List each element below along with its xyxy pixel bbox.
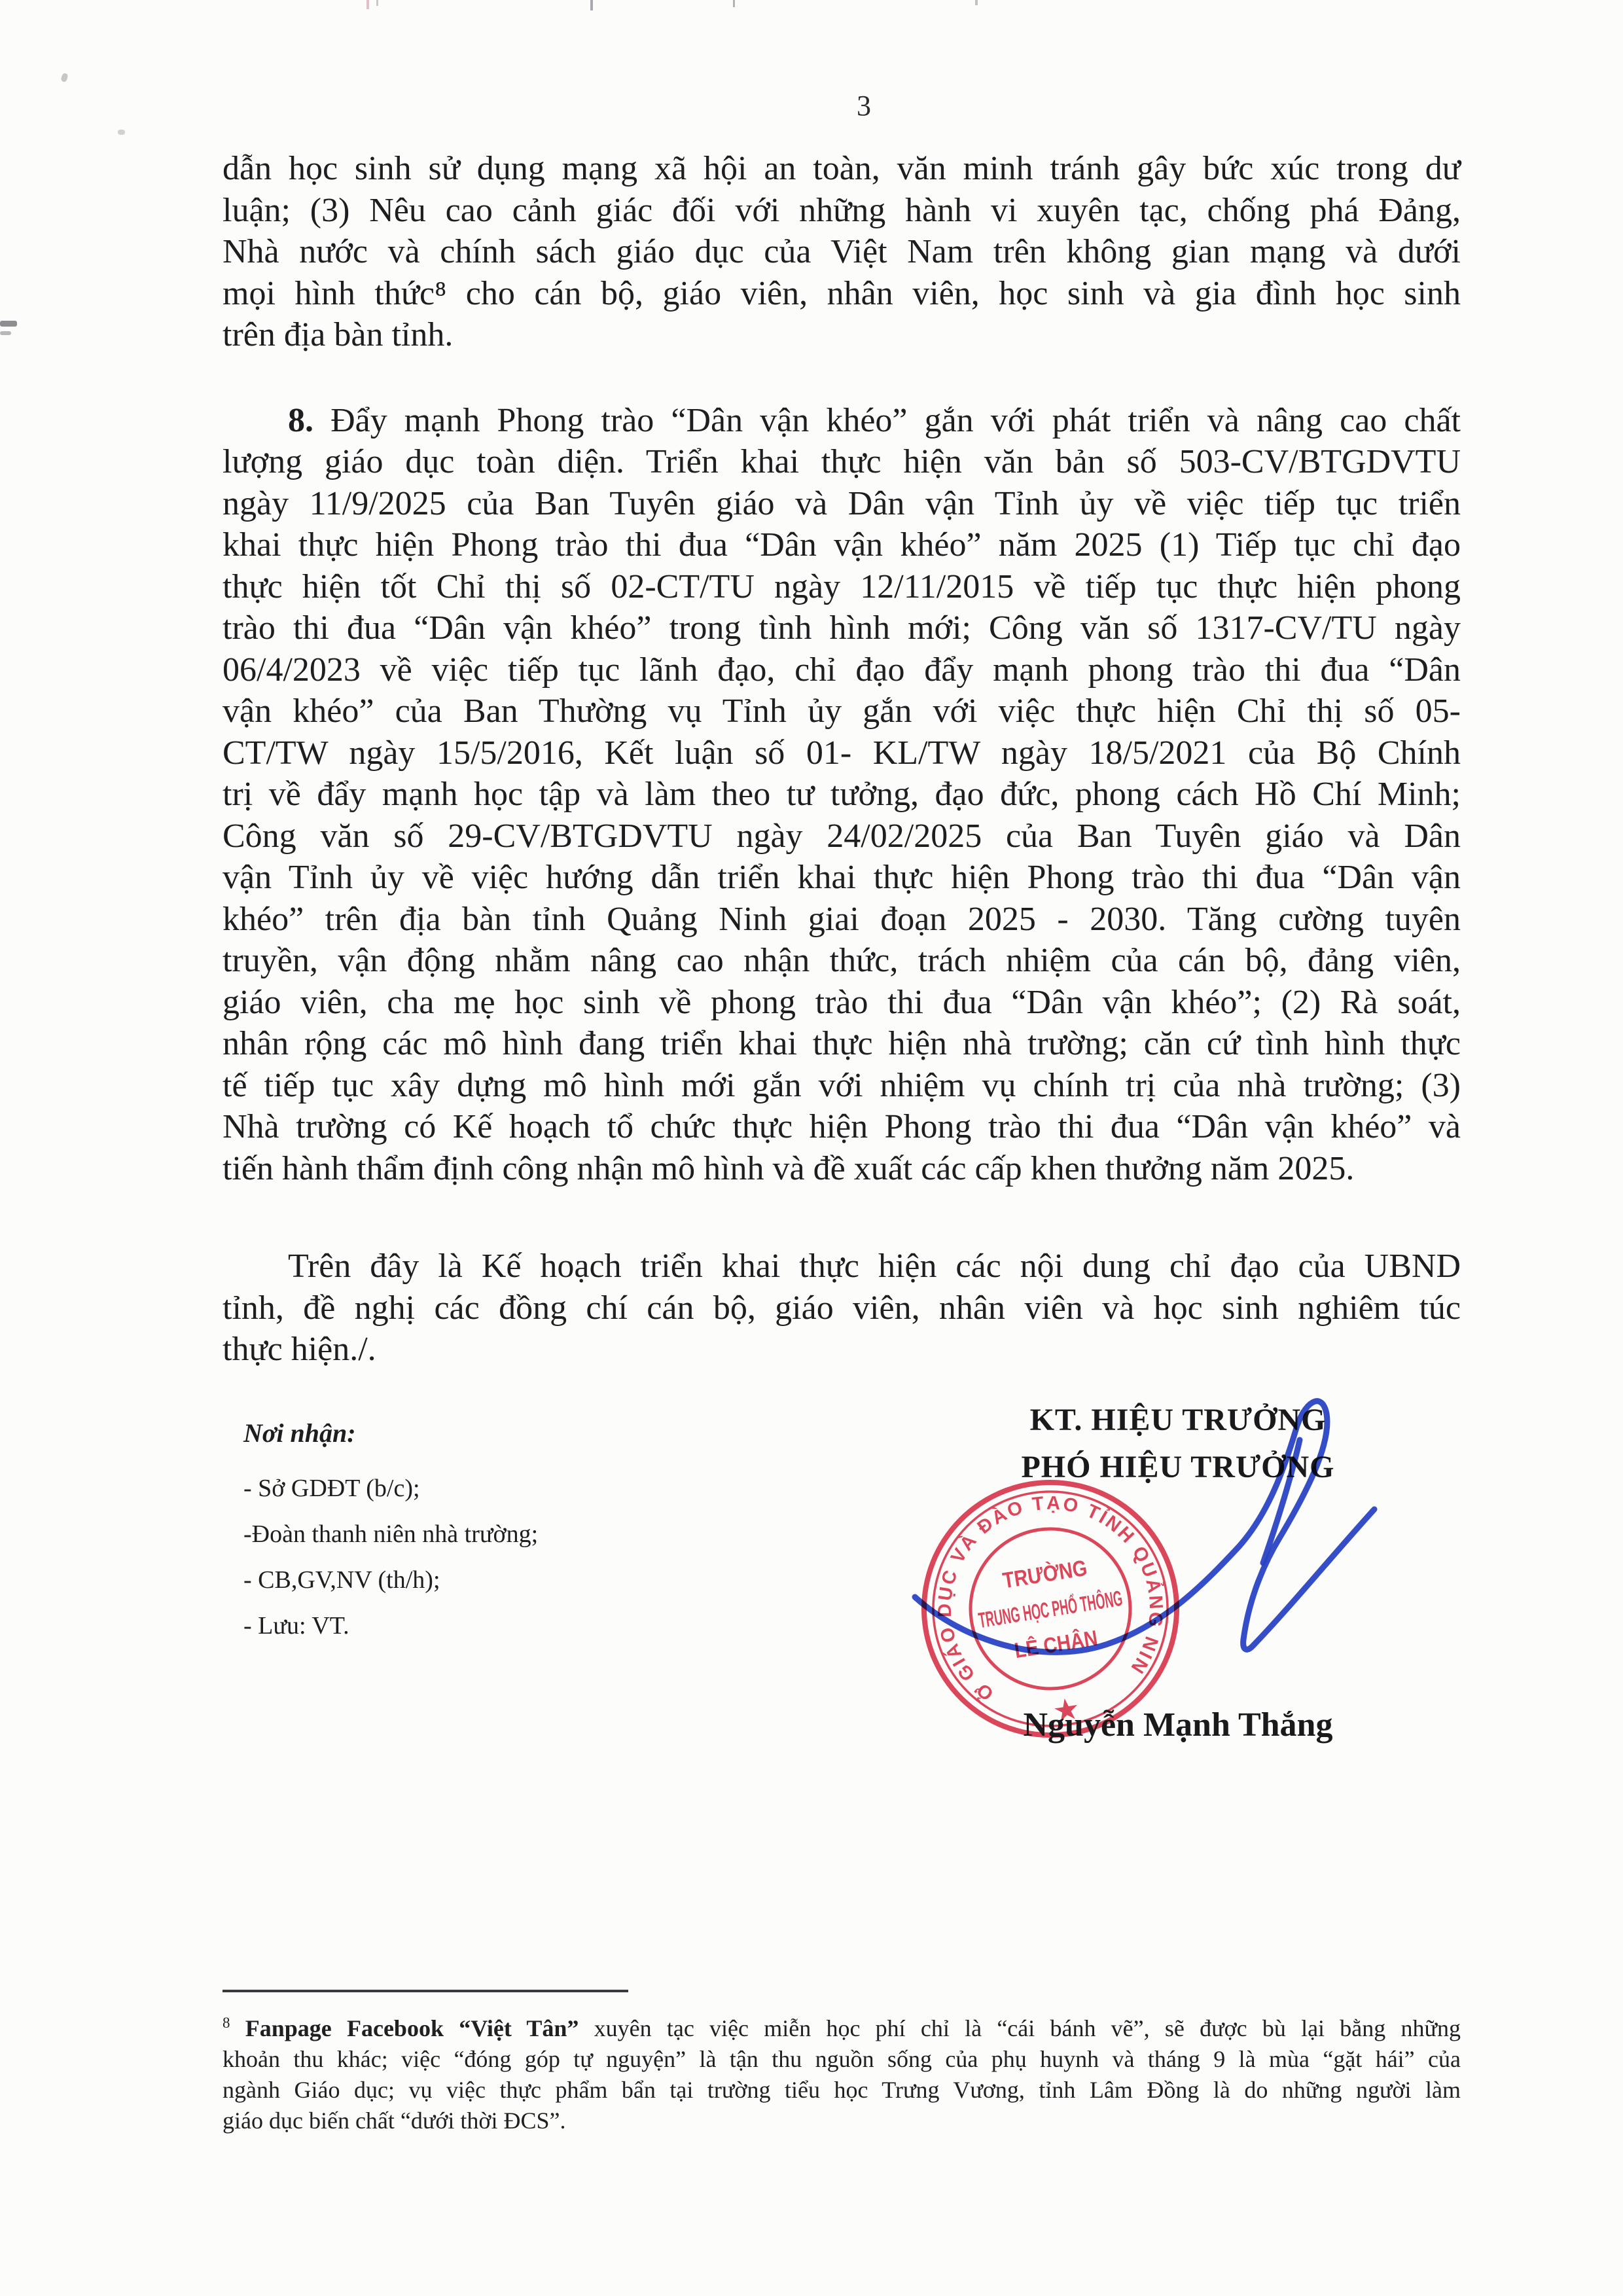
recipient-item: - CB,GV,NV (th/h);: [243, 1557, 741, 1603]
footnote-line: giáo dục biến chất “dưới thời ĐCS”.: [223, 2106, 1461, 2136]
scan-artifact: [590, 0, 593, 10]
scan-artifact: [975, 0, 978, 5]
scan-artifact: [60, 73, 69, 82]
body-line: CT/TW ngày 15/5/2016, Kết luận số 01- KL…: [223, 732, 1461, 774]
body-line: nhân rộng các mô hình đang triển khai th…: [223, 1023, 1461, 1065]
body-line: tiến hành thẩm định công nhận mô hình và…: [223, 1148, 1461, 1190]
footnote-separator: [223, 1990, 628, 1992]
body-line: trị về đẩy mạnh học tập và làm theo tư t…: [223, 774, 1461, 816]
recipients-block: Nơi nhận: - Sở GDĐT (b/c);-Đoàn thanh ni…: [243, 1418, 741, 1649]
body-line: tế tiếp tục xây dựng mô hình mới gắn với…: [223, 1065, 1461, 1107]
paragraph: dẫn học sinh sử dụng mạng xã hội an toàn…: [223, 148, 1461, 356]
recipient-item: - Lưu: VT.: [243, 1603, 741, 1649]
scan-artifact: [366, 0, 369, 9]
scan-artifact: [118, 130, 125, 135]
scan-artifact: [0, 331, 11, 335]
footnote-line1-rest: xuyên tạc việc miễn học phí chỉ là “cái …: [579, 2015, 1461, 2041]
body-line: khai thực hiện Phong trào thi đua “Dân v…: [223, 524, 1461, 566]
signer-name: Nguyễn Mạnh Thắng: [936, 1706, 1420, 1744]
scan-artifact: [0, 321, 17, 327]
body-line: luận; (3) Nêu cao cảnh giác đối với nhữn…: [223, 190, 1461, 232]
recipient-item: - Sở GDĐT (b/c);: [243, 1465, 741, 1511]
body-line: dẫn học sinh sử dụng mạng xã hội an toàn…: [223, 148, 1461, 190]
recipient-list: - Sở GDĐT (b/c);-Đoàn thanh niên nhà trư…: [243, 1465, 741, 1649]
footnote-bold-lead: Fanpage Facebook “Việt Tân”: [245, 2015, 579, 2041]
body-line: mọi hình thức⁸ cho cán bộ, giáo viên, nh…: [223, 273, 1461, 315]
recipient-item: -Đoàn thanh niên nhà trường;: [243, 1511, 741, 1557]
body-line: Nhà nước và chính sách giáo dục của Việt…: [223, 231, 1461, 273]
recipients-heading: Nơi nhận:: [243, 1418, 741, 1448]
body-line: lượng giáo dục toàn diện. Triển khai thự…: [223, 441, 1461, 483]
body-line: 06/4/2023 về việc tiếp tục lãnh đạo, chỉ…: [223, 649, 1461, 691]
page-number: 3: [811, 89, 916, 122]
body-line: thực hiện tốt Chỉ thị số 02-CT/TU ngày 1…: [223, 566, 1461, 608]
footnote-line: khoản thu khác; việc “đóng góp tự nguyện…: [223, 2044, 1461, 2075]
body-line: trào thi đua “Dân vận khéo” trong tình h…: [223, 607, 1461, 649]
footnote-line: ngành Giáo dục; vụ việc thực phẩm bẩn tạ…: [223, 2075, 1461, 2106]
footnote-block: 8 Fanpage Facebook “Việt Tân” xuyên tạc …: [223, 1990, 1461, 2136]
scan-artifact: [733, 0, 735, 7]
body-line: giáo viên, cha mẹ học sinh về phong trào…: [223, 982, 1461, 1024]
body-line: vận khéo” của Ban Thường vụ Tỉnh ủy gắn …: [223, 691, 1461, 732]
footnote-lines: khoản thu khác; việc “đóng góp tự nguyện…: [223, 2044, 1461, 2136]
scan-artifact: [376, 0, 378, 6]
body-line: truyền, vận động nhằm nâng cao nhận thức…: [223, 940, 1461, 982]
footnote-marker: 8: [223, 2015, 230, 2031]
paragraph: 8. Đẩy mạnh Phong trào “Dân vận khéo” gắ…: [223, 400, 1461, 1190]
body-line: ngày 11/9/2025 của Ban Tuyên giáo và Dân…: [223, 483, 1461, 525]
footnote-line: 8 Fanpage Facebook “Việt Tân” xuyên tạc …: [223, 2013, 1461, 2044]
body-line: vận Tỉnh ủy về việc hướng dẫn triển khai…: [223, 857, 1461, 899]
handwritten-signature: [877, 1361, 1414, 1715]
body-line: khéo” trên địa bàn tỉnh Quảng Ninh giai …: [223, 899, 1461, 941]
body-text: dẫn học sinh sử dụng mạng xã hội an toàn…: [223, 148, 1461, 1371]
body-line: Nhà trường có Kế hoạch tổ chức thực hiện…: [223, 1106, 1461, 1148]
document-page: 3 dẫn học sinh sử dụng mạng xã hội an to…: [0, 0, 1623, 2296]
paragraph: Trên đây là Kế hoạch triển khai thực hiệ…: [223, 1246, 1461, 1371]
body-line: Trên đây là Kế hoạch triển khai thực hiệ…: [223, 1246, 1461, 1287]
body-line: Công văn số 29-CV/BTGDVTU ngày 24/02/202…: [223, 816, 1461, 857]
body-line: 8. Đẩy mạnh Phong trào “Dân vận khéo” gắ…: [223, 400, 1461, 442]
body-line: tỉnh, đề nghị các đồng chí cán bộ, giáo …: [223, 1287, 1461, 1329]
body-line: trên địa bàn tỉnh.: [223, 314, 1461, 356]
